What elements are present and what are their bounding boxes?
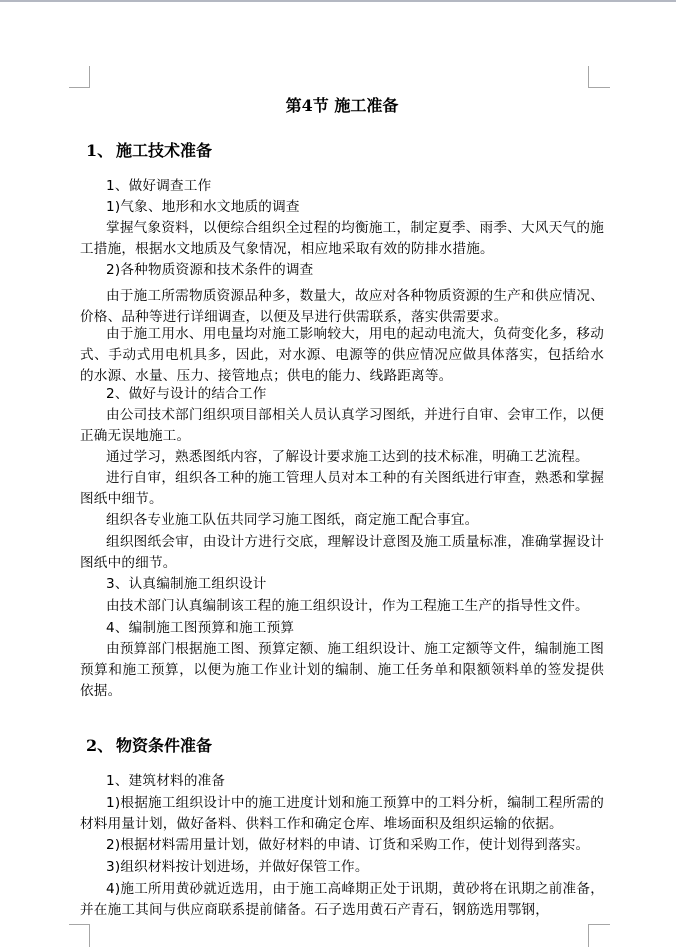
section-heading-2: 2、物资条件准备	[86, 736, 212, 756]
margin-corner-mark-top-right	[588, 66, 610, 88]
paragraph: 通过学习，熟悉图纸内容，了解设计要求施工达到的技术标准，明确工艺流程。	[80, 447, 604, 468]
paragraph: 2)各种物质资源和技术条件的调查	[80, 260, 604, 281]
paragraph: 由公司技术部门组织项目部相关人员认真学习图纸，并进行自审、会审工作，以便正确无误…	[80, 405, 604, 447]
section-title: 施工技术准备	[116, 141, 212, 160]
window-top-border	[0, 0, 676, 2]
margin-corner-mark-bottom-right	[588, 924, 610, 947]
paragraph: 1、建筑材料的准备	[80, 771, 604, 792]
paragraph: 1、做好调查工作	[80, 176, 604, 197]
paragraph: 由技术部门认真编制该工程的施工组织设计，作为工程施工生产的指导性文件。	[80, 596, 604, 617]
paragraph: 掌握气象资料，以便综合组织全过程的均衡施工，制定夏季、雨季、大风天气的施工措施，…	[80, 218, 604, 260]
paragraph: 由预算部门根据施工图、预算定额、施工组织设计、施工定额等文件，编制施工图预算和施…	[80, 639, 604, 702]
paragraph: 3)组织材料按计划进场，并做好保管工作。	[80, 857, 604, 878]
paragraph: 组织各专业施工队伍共同学习施工图纸，商定施工配合事宜。	[80, 510, 604, 531]
paragraph: 进行自审，组织各工种的施工管理人员对本工种的有关图纸进行审查，熟悉和掌握图纸中细…	[80, 468, 604, 510]
section-number: 1、	[86, 141, 116, 161]
section-number: 2、	[86, 736, 116, 756]
paragraph: 2)根据材料需用量计划，做好材料的申请、订货和采购工作，使计划得到落实。	[80, 835, 604, 856]
paragraph: 由于施工用水、用电量均对施工影响较大，用电的起动电流大，负荷变化多，移动式、手动…	[80, 324, 604, 387]
margin-corner-mark-bottom-left	[69, 924, 90, 947]
page-title: 第4节 施工准备	[80, 96, 604, 116]
paragraph: 1)根据施工组织设计中的施工进度计划和施工预算中的工料分析，编制工程所需的材料用…	[80, 793, 604, 835]
paragraph: 1)气象、地形和水文地质的调查	[80, 197, 604, 218]
paragraph: 4、编制施工图预算和施工预算	[80, 618, 604, 639]
paragraph: 4)施工所用黄砂就近选用，由于施工高峰期正处于讯期，黄砂将在讯期之前准备，并在施…	[80, 879, 604, 921]
paragraph: 2、做好与设计的结合工作	[80, 384, 604, 405]
section-heading-1: 1、施工技术准备	[86, 141, 212, 161]
section-title: 物资条件准备	[116, 736, 212, 755]
margin-corner-mark-top-left	[69, 66, 90, 88]
paragraph: 3、认真编制施工组织设计	[80, 574, 604, 595]
paragraph: 由于施工所需物质资源品种多，数量大，故应对各种物质资源的生产和供应情况、价格、品…	[80, 286, 604, 328]
paragraph: 组织图纸会审，由设计方进行交底，理解设计意图及施工质量标准，准确掌握设计图纸中的…	[80, 532, 604, 574]
